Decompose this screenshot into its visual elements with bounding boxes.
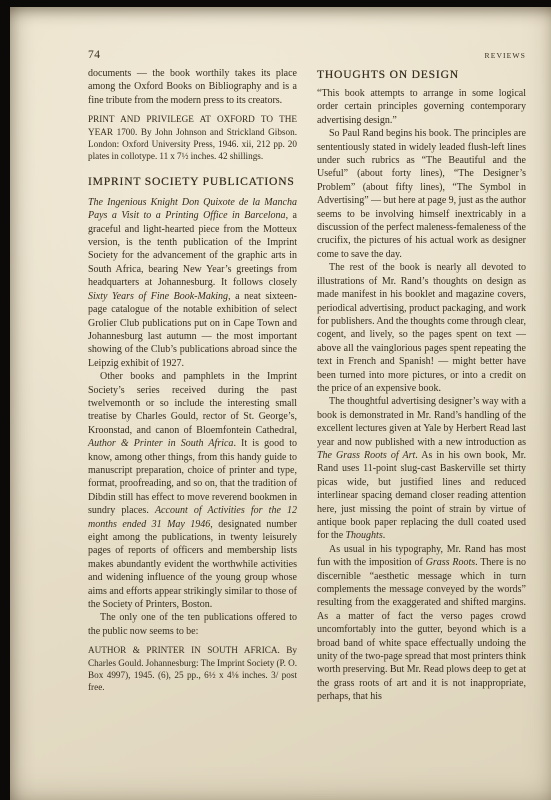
heading-imprint-society-publications: IMPRINT SOCIETY PUBLICATIONS [88,175,297,188]
paragraph-don-quixote: The Ingenious Knight Don Quixote de la M… [88,196,297,370]
right-column: THOUGHTS ON DESIGN “This book attempts t… [317,67,526,704]
bibliography-author-and-printer: AUTHOR & PRINTER IN SOUTH AFRICA. By Cha… [88,644,297,694]
paragraph-documents-conclusion: documents — the book worthily takes its … [88,67,297,107]
paragraph-as-usual-typography: As usual in his typography, Mr. Rand has… [317,543,526,704]
paragraph-other-books: Other books and pamphlets in the Imprint… [88,370,297,611]
paragraph-only-one-offered: The only one of the ten publications off… [88,611,297,638]
bibliography-print-and-privilege: PRINT AND PRIVILEGE AT OXFORD TO THE YEA… [88,113,297,163]
scanned-book-page: 74 REVIEWS documents — the book worthily… [0,0,551,800]
page-paper: 74 REVIEWS documents — the book worthily… [10,7,551,800]
paragraph-rest-of-book: The rest of the book is nearly all devot… [317,261,526,395]
scan-edge-top [0,0,551,7]
heading-thoughts-on-design: THOUGHTS ON DESIGN [317,68,526,81]
left-column: documents — the book worthily takes its … [88,67,297,704]
paragraph-so-paul-rand: So Paul Rand begins his book. The princi… [317,127,526,261]
page-content: 74 REVIEWS documents — the book worthily… [88,49,526,704]
paragraph-thoughtful-designer: The thoughtful advertising designer’s wa… [317,395,526,542]
paragraph-opening-quote: “This book attempts to arrange in some l… [317,87,526,127]
scan-edge-left [0,0,10,800]
page-number: 74 [88,49,101,61]
text-columns: documents — the book worthily takes its … [88,67,526,704]
running-head-reviews: REVIEWS [485,51,526,60]
running-header: 74 REVIEWS [88,49,526,61]
